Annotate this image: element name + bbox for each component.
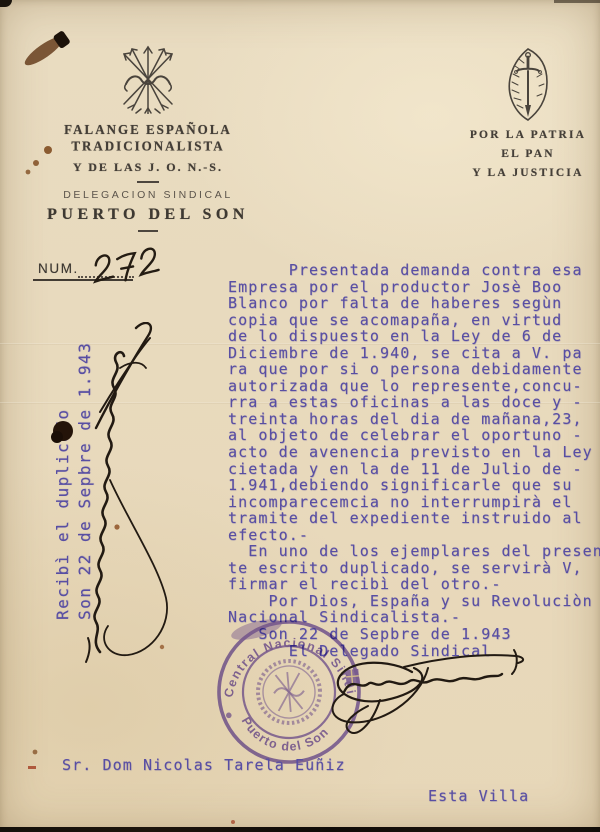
- ink-stain: [231, 820, 235, 824]
- ink-stain: [51, 431, 63, 443]
- ink-stains-layer: [0, 0, 600, 832]
- ink-stain: [44, 146, 52, 154]
- ink-stain: [26, 170, 31, 175]
- page-edge-artifact: [554, 0, 600, 3]
- scanned-letter-page: FALANGE ESPAÑOLA TRADICIONALISTA Y DE LA…: [0, 0, 600, 832]
- ink-stain: [114, 524, 119, 529]
- ink-stain: [28, 766, 36, 769]
- ink-stain: [160, 645, 164, 649]
- ink-stain: [33, 750, 38, 755]
- page-edge-artifact: [0, 827, 600, 832]
- ink-stain: [33, 160, 39, 166]
